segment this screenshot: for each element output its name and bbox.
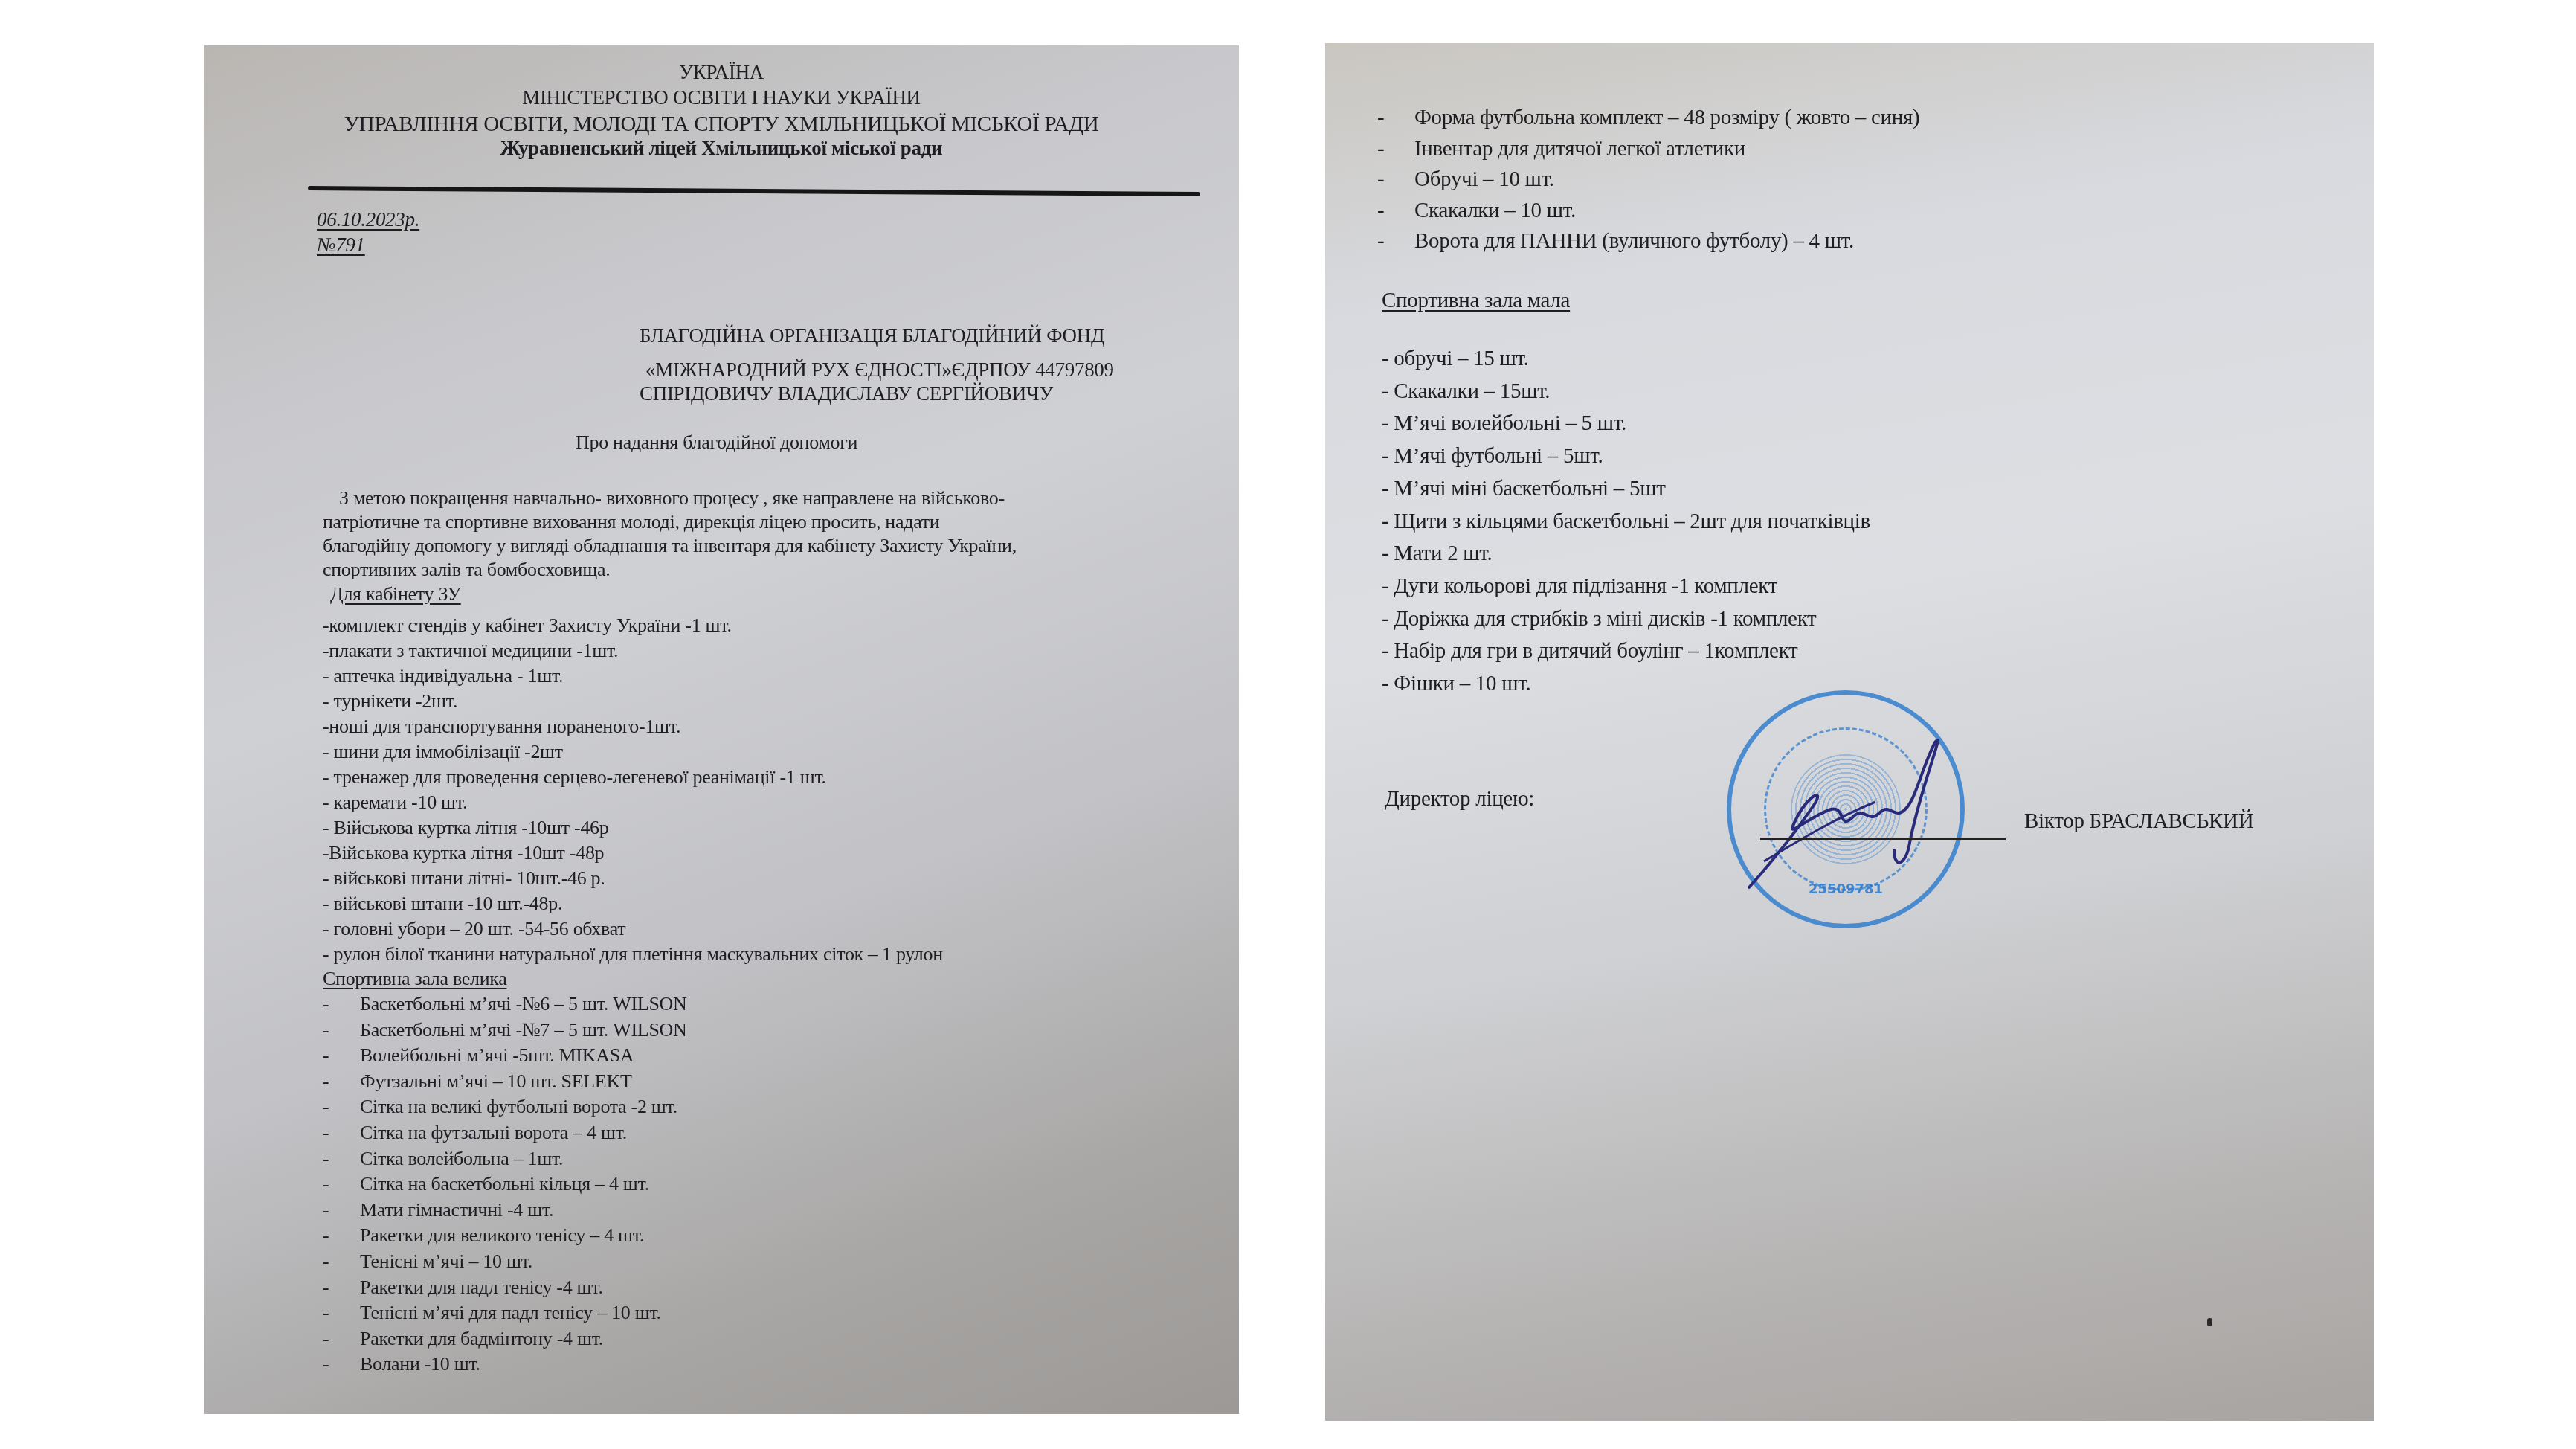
list-item: -Тенісні м’ячі – 10 шт. [323, 1250, 532, 1273]
bullet-dash: - [323, 1044, 360, 1067]
list-item-text: Мати гімнастичні -4 шт. [360, 1199, 553, 1221]
header-department: УПРАВЛІННЯ ОСВІТИ, МОЛОДІ ТА СПОРТУ ХМІЛ… [204, 112, 1239, 136]
addressee-line-2: «МІЖНАРОДНИЙ РУХ ЄДНОСТІ»ЄДРПОУ 44797809 [645, 358, 1114, 382]
bullet-dash: - [323, 1172, 360, 1196]
bullet-dash: - [323, 1095, 360, 1119]
list-item: -Сітка на великі футбольні ворота -2 шт. [323, 1095, 677, 1119]
section-heading-small-gym: Спортивна зала мала [1382, 289, 1570, 312]
list-item: -Ракетки для бадмінтону -4 шт. [323, 1327, 603, 1351]
list-item: - головні убори – 20 шт. -54-56 обхват [323, 917, 625, 941]
list-item: -Ракетки для падл тенісу -4 шт. [323, 1276, 603, 1299]
letter-page-1: УКРАЇНА МІНІСТЕРСТВО ОСВІТИ І НАУКИ УКРА… [204, 45, 1239, 1414]
list-item: -плакати з тактичної медицини -1шт. [323, 639, 618, 663]
letter-date: 06.10.2023р. [317, 208, 419, 231]
body-line-2: патріотичне та спортивне виховання молод… [323, 510, 939, 534]
addressee-line-3: СПІРІДОВИЧУ ВЛАДИСЛАВУ СЕРГІЙОВИЧУ [640, 382, 1053, 405]
list-item-text: Футзальні м’ячі – 10 шт. SELEKT [360, 1070, 632, 1092]
signature-line [1760, 838, 2006, 840]
header-divider [308, 186, 1200, 196]
list-item-text: Волани -10 шт. [360, 1353, 480, 1375]
list-item-text: Ракетки для великого тенісу – 4 шт. [360, 1224, 644, 1246]
bullet-dash: - [1377, 229, 1414, 253]
bullet-dash: - [323, 1224, 360, 1247]
list-item: -Волани -10 шт. [323, 1352, 480, 1376]
list-item: -Мати гімнастичні -4 шт. [323, 1198, 553, 1222]
header-school: Журавненський ліцей Хмільницької міської… [204, 136, 1239, 160]
bullet-dash: - [1377, 199, 1414, 222]
bullet-dash: - [323, 1070, 360, 1093]
list-item: -Сітка на баскетбольні кільця – 4 шт. [323, 1172, 649, 1196]
signature-role: Директор ліцею: [1385, 787, 1534, 811]
list-item: - Доріжка для стрибків з міні дисків -1 … [1382, 607, 1816, 631]
list-item: - Дуги кольорові для підлізання -1 компл… [1382, 574, 1777, 598]
paper-speck [2207, 1318, 2212, 1326]
bullet-dash: - [323, 1198, 360, 1222]
handwritten-signature-icon [1734, 727, 1957, 906]
list-item-text: Обручі – 10 шт. [1414, 167, 1554, 191]
section-heading-big-gym: Спортивна зала велика [323, 967, 507, 991]
body-line-1: З метою покращення навчально- виховного … [339, 486, 1005, 510]
list-item-text: Тенісні м’ячі – 10 шт. [360, 1250, 532, 1272]
list-item: -Баскетбольні м’ячі -№7 – 5 шт. WILSON [323, 1018, 687, 1042]
list-item: -Військова куртка літня -10шт -48р [323, 841, 604, 865]
list-item: - М’ячі міні баскетбольні – 5шт [1382, 477, 1666, 501]
bullet-dash: - [1377, 106, 1414, 129]
list-item: - Фішки – 10 шт. [1382, 672, 1530, 695]
bullet-dash: - [323, 1250, 360, 1273]
list-item: - військові штани -10 шт.-48р. [323, 892, 562, 916]
list-item-text: Ворота для ПАННИ (вуличного футболу) – 4… [1414, 229, 1854, 253]
list-item: -Ворота для ПАННИ (вуличного футболу) – … [1377, 229, 1854, 253]
list-item: - Мати 2 шт. [1382, 542, 1492, 565]
list-item: - військові штани літні- 10шт.-46 р. [323, 867, 605, 890]
bullet-dash: - [323, 1121, 360, 1145]
list-item-text: Скакалки – 10 шт. [1414, 199, 1576, 222]
list-item: -Форма футбольна комплект – 48 розміру (… [1377, 106, 1919, 129]
letter-number: №791 [317, 233, 365, 257]
bullet-dash: - [323, 1327, 360, 1351]
list-item: - аптечка індивідуальна - 1шт. [323, 664, 563, 688]
signatory-name: Віктор БРАСЛАВСЬКИЙ [2024, 809, 2253, 833]
list-item: -Сітка волейбольна – 1шт. [323, 1147, 563, 1171]
list-item: - рулон білої тканини натуральної для пл… [323, 942, 943, 966]
list-item: -Футзальні м’ячі – 10 шт. SELEKT [323, 1070, 632, 1093]
bullet-dash: - [323, 1276, 360, 1299]
list-item: -ноші для транспортування пораненого-1шт… [323, 715, 680, 739]
list-item: -Скакалки – 10 шт. [1377, 199, 1576, 222]
list-item: - обручі – 15 шт. [1382, 347, 1529, 370]
addressee-line-1: БЛАГОДІЙНА ОРГАНІЗАЦІЯ БЛАГОДІЙНИЙ ФОНД [640, 324, 1104, 347]
list-item: - Набір для гри в дитячий боулінг – 1ком… [1382, 639, 1797, 663]
list-item: - каремати -10 шт. [323, 791, 467, 815]
letter-subject: Про надання благодійної допомоги [576, 431, 857, 454]
list-item-text: Форма футбольна комплект – 48 розміру ( … [1414, 106, 1919, 129]
list-item-text: Сітка на баскетбольні кільця – 4 шт. [360, 1173, 649, 1195]
list-item-text: Ракетки для бадмінтону -4 шт. [360, 1328, 603, 1349]
list-item: -комплект стендів у кабінет Захисту Укра… [323, 614, 732, 637]
bullet-dash: - [323, 1147, 360, 1171]
list-item: -Тенісні м’ячі для падл тенісу – 10 шт. [323, 1301, 661, 1325]
letter-page-2: -Форма футбольна комплект – 48 розміру (… [1325, 43, 2374, 1421]
list-item: - Військова куртка літня -10шт -46р [323, 816, 609, 840]
list-item: -Обручі – 10 шт. [1377, 167, 1554, 191]
bullet-dash: - [1377, 167, 1414, 191]
list-item: -Волейбольні м’ячі -5шт. MIKASA [323, 1044, 634, 1067]
bullet-dash: - [323, 1018, 360, 1042]
bullet-dash: - [323, 1301, 360, 1325]
bullet-dash: - [1377, 137, 1414, 161]
section-heading-zu: Для кабінету ЗУ [330, 582, 461, 606]
list-item-text: Баскетбольні м’ячі -№6 – 5 шт. WILSON [360, 993, 687, 1015]
header-ministry: МІНІСТЕРСТВО ОСВІТИ І НАУКИ УКРАЇНИ [204, 86, 1239, 109]
list-item-text: Сітка волейбольна – 1шт. [360, 1148, 563, 1169]
header-country: УКРАЇНА [204, 60, 1239, 84]
bullet-dash: - [323, 992, 360, 1016]
list-item: - Скакалки – 15шт. [1382, 379, 1550, 403]
list-item: - шини для іммобілізації -2шт [323, 740, 563, 764]
list-item: -Ракетки для великого тенісу – 4 шт. [323, 1224, 644, 1247]
list-item: - М’ячі волейбольні – 5 шт. [1382, 411, 1626, 435]
list-item: -Сітка на футзальні ворота – 4 шт. [323, 1121, 627, 1145]
body-line-4: спортивних залів та бомбосховища. [323, 558, 610, 582]
list-item: - Щити з кільцями баскетбольні – 2шт для… [1382, 510, 1870, 533]
list-item-text: Ракетки для падл тенісу -4 шт. [360, 1276, 603, 1298]
list-item: - М’ячі футбольні – 5шт. [1382, 444, 1603, 468]
body-line-3: благодійну допомогу у вигляді обладнання… [323, 534, 1017, 558]
list-item: -Баскетбольні м’ячі -№6 – 5 шт. WILSON [323, 992, 687, 1016]
list-item-text: Сітка на великі футбольні ворота -2 шт. [360, 1096, 677, 1117]
list-item-text: Волейбольні м’ячі -5шт. MIKASA [360, 1044, 634, 1066]
list-item: -Інвентар для дитячої легкої атлетики [1377, 137, 1745, 161]
bullet-dash: - [323, 1352, 360, 1376]
list-item: - турнікети -2шт. [323, 690, 457, 713]
list-item-text: Тенісні м’ячі для падл тенісу – 10 шт. [360, 1302, 661, 1323]
list-item-text: Інвентар для дитячої легкої атлетики [1414, 137, 1745, 161]
list-item: - тренажер для проведення серцево-легене… [323, 765, 826, 789]
list-item-text: Баскетбольні м’ячі -№7 – 5 шт. WILSON [360, 1019, 687, 1041]
list-item-text: Сітка на футзальні ворота – 4 шт. [360, 1122, 627, 1143]
